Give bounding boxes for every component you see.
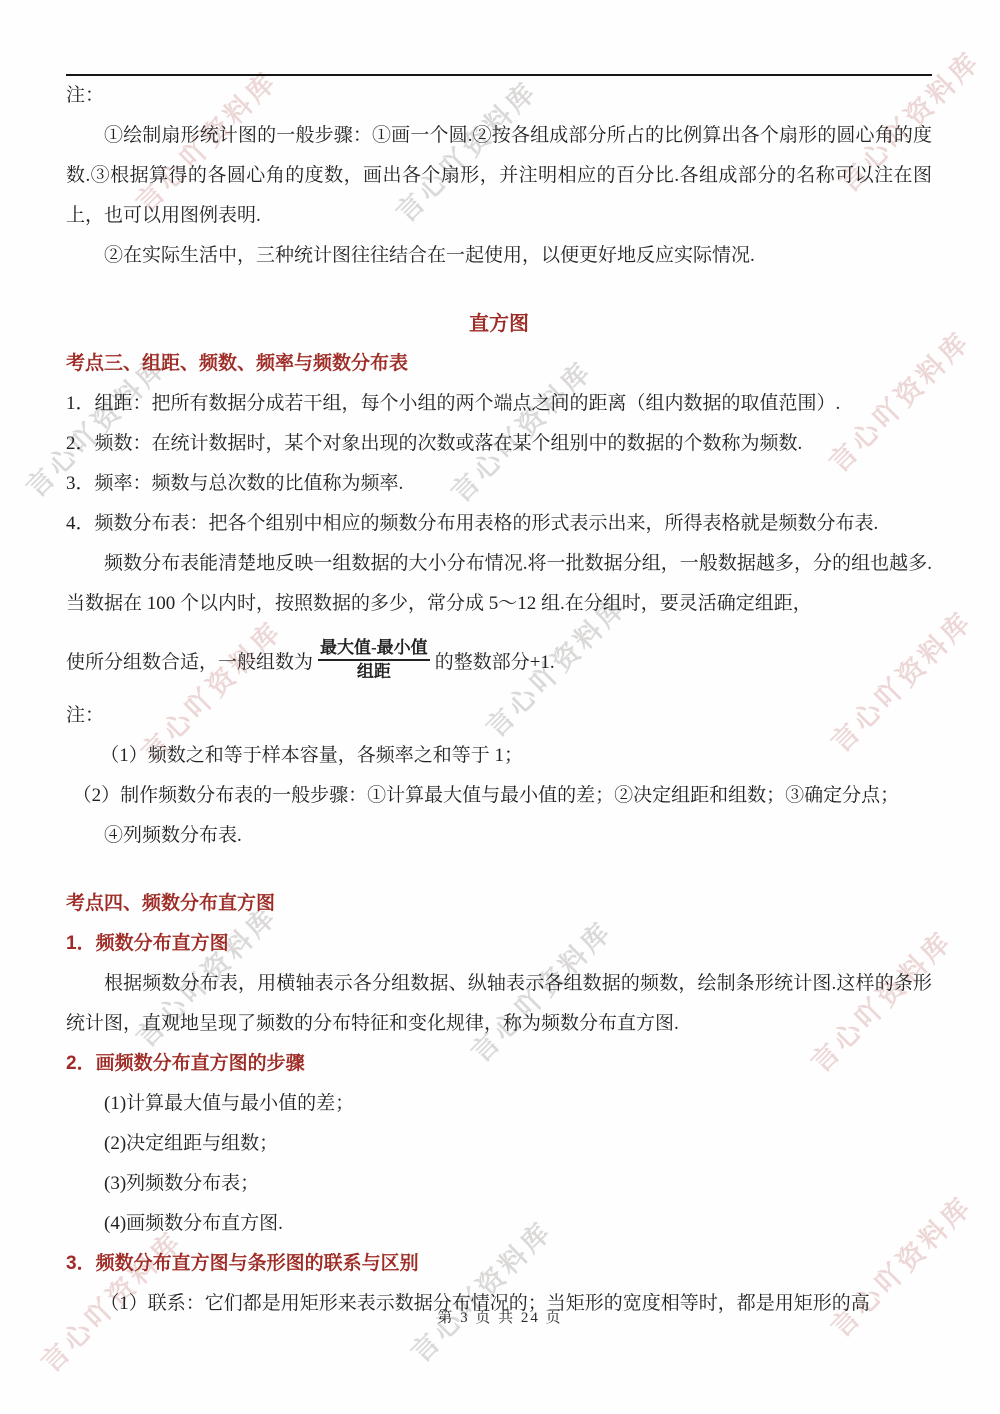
- note-item: （1）频数之和等于样本容量，各频率之和等于 1；: [66, 736, 932, 776]
- note-paragraph: ②在实际生活中，三种统计图往往结合在一起使用，以便更好地反应实际情况.: [66, 236, 932, 276]
- fraction: 最大值-最小值 组距: [318, 638, 430, 683]
- formula-pre-text: 使所分组数合适，一般组数为: [66, 647, 313, 674]
- step-item: (4)画频数分布直方图.: [66, 1204, 932, 1244]
- note-label: 注：: [66, 76, 932, 116]
- document-content: 注： ①绘制扇形统计图的一般步骤：①画一个圆.②按各组成部分所占的比例算出各个扇…: [0, 74, 1000, 1324]
- note-item: ④列频数分布表.: [66, 816, 932, 856]
- definition-item: 2．频数：在统计数据时，某个对象出现的次数或落在某个组别中的数据的个数称为频数.: [66, 424, 932, 464]
- note-label: 注：: [66, 696, 932, 736]
- kaodian4-sub2-heading: 2．画频数分布直方图的步骤: [66, 1044, 932, 1084]
- page-number-footer: 第 3 页 共 24 页: [0, 1306, 1000, 1327]
- kaodian3-heading: 考点三、组距、频数、频率与频数分布表: [66, 344, 932, 384]
- definition-item: 4．频数分布表：把各个组别中相应的频数分布用表格的形式表示出来，所得表格就是频数…: [66, 504, 932, 544]
- definition-item: 1．组距：把所有数据分成若干组，每个小组的两个端点之间的距离（组内数据的取值范围…: [66, 384, 932, 424]
- kaodian3-paragraph: 频数分布表能清楚地反映一组数据的大小分布情况.将一批数据分组，一般数据越多，分的…: [66, 544, 932, 624]
- step-item: (2)决定组距与组数；: [66, 1124, 932, 1164]
- step-item: (1)计算最大值与最小值的差；: [66, 1084, 932, 1124]
- document-page: 言心吖资料库 言心吖资料库 言心吖资料库 言心吖资料库 言心吖资料库 言心吖资料…: [0, 0, 1000, 1414]
- note-paragraph: ①绘制扇形统计图的一般步骤：①画一个圆.②按各组成部分所占的比例算出各个扇形的圆…: [66, 116, 932, 236]
- definition-item: 3．频率：频数与总次数的比值称为频率.: [66, 464, 932, 504]
- chapter-title: 直方图: [66, 304, 932, 344]
- kaodian4-sub1-heading: 1．频数分布直方图: [66, 924, 932, 964]
- fraction-denominator: 组距: [318, 661, 430, 682]
- note-item: （2）制作频数分布表的一般步骤：①计算最大值与最小值的差；②决定组距和组数；③确…: [66, 776, 932, 816]
- kaodian4-sub3-heading: 3．频数分布直方图与条形图的联系与区别: [66, 1244, 932, 1284]
- step-item: (3)列频数分布表；: [66, 1164, 932, 1204]
- formula-line: 使所分组数合适，一般组数为 最大值-最小值 组距 的整数部分+1.: [66, 624, 932, 696]
- kaodian4-heading: 考点四、频数分布直方图: [66, 884, 932, 924]
- kaodian4-sub1-paragraph: 根据频数分布表，用横轴表示各分组数据、纵轴表示各组数据的频数，绘制条形统计图.这…: [66, 964, 932, 1044]
- fraction-numerator: 最大值-最小值: [318, 638, 430, 661]
- formula-post-text: 的整数部分+1.: [435, 647, 555, 674]
